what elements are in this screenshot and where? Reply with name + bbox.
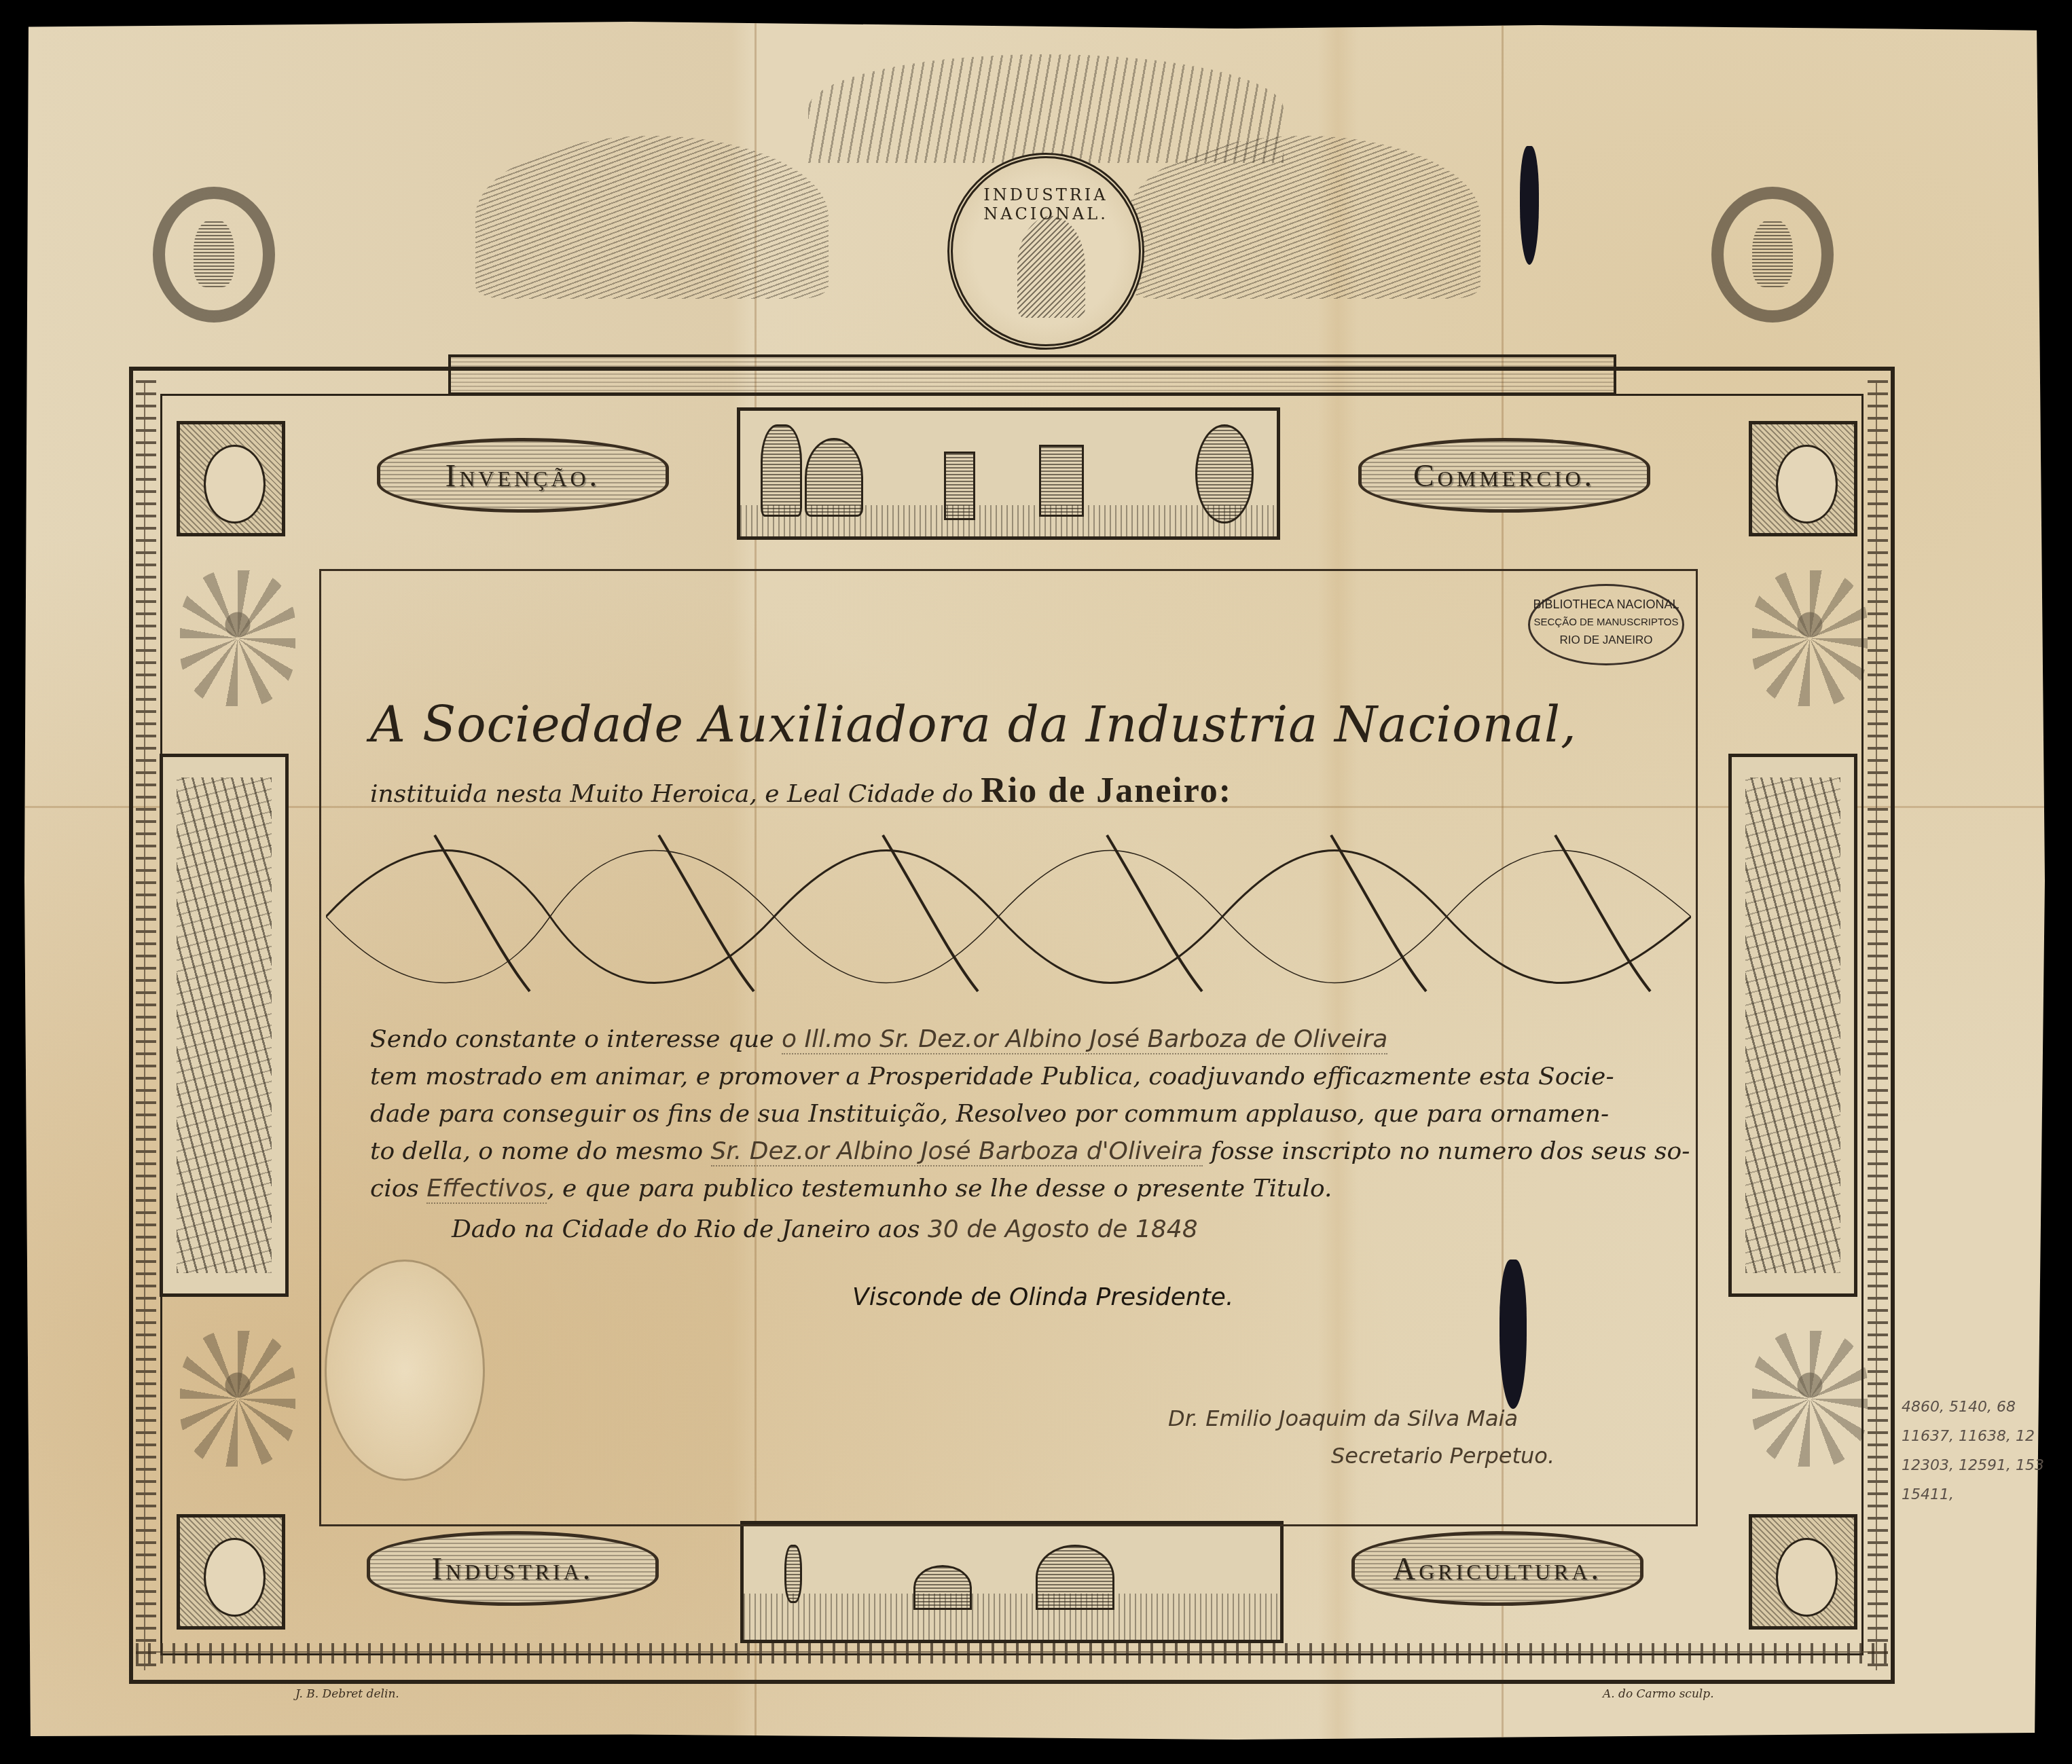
stamp-line: SECÇÃO DE MANUSCRIPTOS <box>1530 617 1682 627</box>
tear-damage-top <box>1520 146 1539 265</box>
printed-text: de <box>1097 1215 1128 1243</box>
laboratory-apparatus-vignette <box>737 407 1280 540</box>
engraver-credit: A. do Carmo sculp. <box>1603 1687 1714 1701</box>
pencil-note: 12303, 12591, 153 <box>1902 1457 2044 1474</box>
printed-text: to della, o nome do mesmo <box>370 1137 703 1165</box>
stamp-line: BIBLIOTHECA NACIONAL <box>1530 598 1682 610</box>
printed-text: Sendo constante o interesse que <box>370 1025 774 1053</box>
river-god-left-illustration <box>475 136 829 299</box>
heading-subline: instituida nesta Muito Heroica, e Leal C… <box>370 771 1232 811</box>
laurel-garland-left <box>136 380 156 1670</box>
laurel-garland-bottom <box>136 1643 1888 1664</box>
acanthus-ornament-right-top <box>1752 570 1868 706</box>
date-line: Dado na Cidade do Rio de Janeiro aos 30 … <box>452 1215 1198 1243</box>
hut-icon <box>913 1565 972 1610</box>
pencil-note: 4860, 5140, 68 <box>1902 1399 2016 1416</box>
member-category: Effectivos <box>426 1175 547 1204</box>
printed-text: cios <box>370 1175 419 1202</box>
cartouche-commercio: Commercio. <box>1358 438 1650 513</box>
mercury-portrait <box>1749 421 1857 536</box>
acanthus-ornament-left-bottom <box>180 1331 295 1467</box>
society-name-heading: A Sociedade Auxiliadora da Industria Nac… <box>370 696 1577 753</box>
cartouche-label: Commercio. <box>1413 458 1595 494</box>
laurel-garland-right <box>1868 380 1888 1670</box>
printed-text: de <box>966 1215 997 1243</box>
printed-text: fosse inscripto no numero dos seus so- <box>1211 1137 1690 1165</box>
rooster-icon <box>1752 219 1793 287</box>
body-line-2: tem mostrado em animar, e promover a Pro… <box>370 1063 1614 1090</box>
calligraphic-flourish <box>326 822 1691 1005</box>
pencil-note: 15411, <box>1902 1486 1954 1503</box>
industria-nacional-medallion: INDUSTRIA NACIONAL. <box>947 153 1144 350</box>
city-name: Rio de Janeiro: <box>981 771 1232 810</box>
bibliotheca-nacional-stamp: BIBLIOTHECA NACIONAL SECÇÃO DE MANUSCRIP… <box>1528 584 1684 665</box>
date-year: 1848 <box>1135 1215 1198 1243</box>
secretary-title: Secretario Perpetuo. <box>1331 1443 1555 1469</box>
pump-icon <box>1039 445 1084 517</box>
electrostatic-machine-icon <box>1195 424 1254 523</box>
acanthus-ornament-left-top <box>180 570 295 706</box>
body-line-3: dade para conseguir os fins de sua Insti… <box>370 1100 1609 1128</box>
laurel-wreath-right <box>1711 187 1834 323</box>
stamp-line: RIO DE JANEIRO <box>1530 634 1682 646</box>
designer-credit: J. B. Debret delin. <box>295 1687 399 1701</box>
body-line-5: cios Effectivos, e que para publico test… <box>370 1175 1332 1202</box>
printed-text: , e que para publico testemunho se lhe d… <box>547 1175 1332 1202</box>
president-signature: Visconde de Olinda Presidente. <box>852 1283 1233 1311</box>
alembic-icon <box>805 438 863 517</box>
ceres-portrait <box>1749 1514 1857 1630</box>
coil-icon <box>944 452 975 520</box>
laurel-wreath-left <box>153 187 275 323</box>
printed-text: Dado na Cidade do Rio de Janeiro aos <box>452 1215 920 1243</box>
tree-icon <box>784 1545 802 1603</box>
recipient-name-repeat: Sr. Dez.or Albino José Barboza d'Oliveir… <box>711 1137 1203 1166</box>
minerva-portrait <box>177 421 285 536</box>
body-line-4: to della, o nome do mesmo Sr. Dez.or Alb… <box>370 1137 1690 1165</box>
female-portrait-industry <box>177 1514 285 1630</box>
cartouche-label: Invenção. <box>446 458 600 494</box>
cartouche-industria: Industria. <box>367 1531 659 1606</box>
crane-machine-panel <box>160 754 289 1297</box>
minerva-figure-icon <box>1017 216 1085 318</box>
kiln-icon <box>1036 1545 1114 1610</box>
cartouche-agricultura: Agricultura. <box>1351 1531 1643 1606</box>
subline-text: instituida nesta Muito Heroica, e Leal C… <box>370 780 973 808</box>
owl-icon <box>194 219 234 287</box>
recipient-name: o Ill.mo Sr. Dez.or Albino José Barboza … <box>782 1025 1387 1054</box>
date-day: 30 <box>928 1215 959 1243</box>
river-god-right-illustration <box>1127 136 1480 299</box>
cartouche-label: Agricultura. <box>1393 1551 1602 1587</box>
cartouche-label: Industria. <box>432 1551 594 1587</box>
body-line-1: Sendo constante o interesse que o Ill.mo… <box>370 1025 1387 1053</box>
date-month: Agosto <box>1005 1215 1089 1243</box>
palm-fronds-illustration <box>808 54 1284 163</box>
flask-icon <box>761 424 802 517</box>
tear-damage-middle <box>1500 1260 1527 1409</box>
embossed-seal <box>325 1260 485 1481</box>
acanthus-ornament-right-bottom <box>1752 1331 1868 1467</box>
cartouche-invencao: Invenção. <box>377 438 669 513</box>
landscape-vignette <box>740 1521 1284 1643</box>
steam-engine-panel <box>1728 754 1857 1297</box>
pencil-note: 11637, 11638, 12 <box>1902 1428 2035 1445</box>
secretary-signature: Dr. Emilio Joaquim da Silva Maia <box>1168 1405 1518 1431</box>
